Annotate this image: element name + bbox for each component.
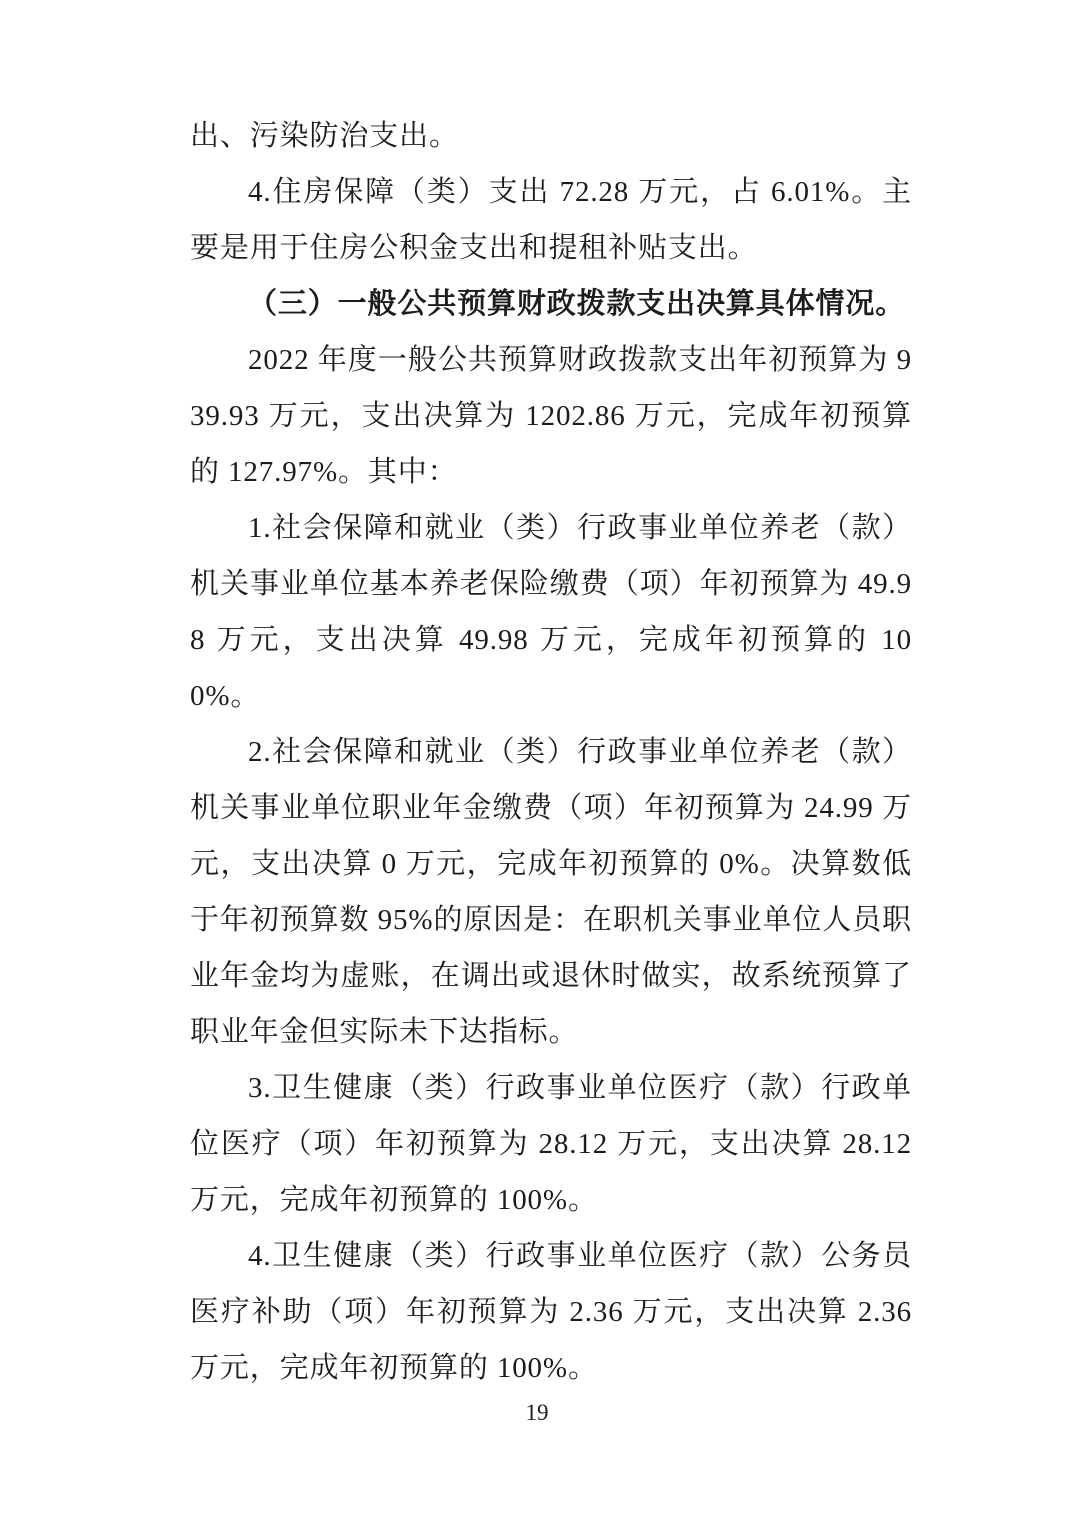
document-page: 出、污染防治支出。 4.住房保障（类）支出 72.28 万元，占 6.01%。主… bbox=[0, 0, 1074, 1520]
page-footer: 19 bbox=[0, 1400, 1074, 1426]
paragraph-continuation: 出、污染防治支出。 bbox=[190, 108, 912, 164]
page-number: 19 bbox=[526, 1400, 549, 1425]
page-body: 出、污染防治支出。 4.住房保障（类）支出 72.28 万元，占 6.01%。主… bbox=[190, 108, 912, 1396]
paragraph-housing-expenditure: 4.住房保障（类）支出 72.28 万元，占 6.01%。主要是用于住房公积金支… bbox=[190, 164, 912, 276]
section-heading: （三）一般公共预算财政拨款支出决算具体情况。 bbox=[190, 276, 912, 332]
paragraph-item-3-medical: 3.卫生健康（类）行政事业单位医疗（款）行政单位医疗（项）年初预算为 28.12… bbox=[190, 1060, 912, 1228]
paragraph-item-2-annuity: 2.社会保障和就业（类）行政事业单位养老（款）机关事业单位职业年金缴费（项）年初… bbox=[190, 724, 912, 1060]
paragraph-budget-overview: 2022 年度一般公共预算财政拨款支出年初预算为 939.93 万元，支出决算为… bbox=[190, 332, 912, 500]
paragraph-item-4-civil-servant-medical: 4.卫生健康（类）行政事业单位医疗（款）公务员医疗补助（项）年初预算为 2.36… bbox=[190, 1228, 912, 1396]
paragraph-item-1-pension: 1.社会保障和就业（类）行政事业单位养老（款）机关事业单位基本养老保险缴费（项）… bbox=[190, 500, 912, 724]
